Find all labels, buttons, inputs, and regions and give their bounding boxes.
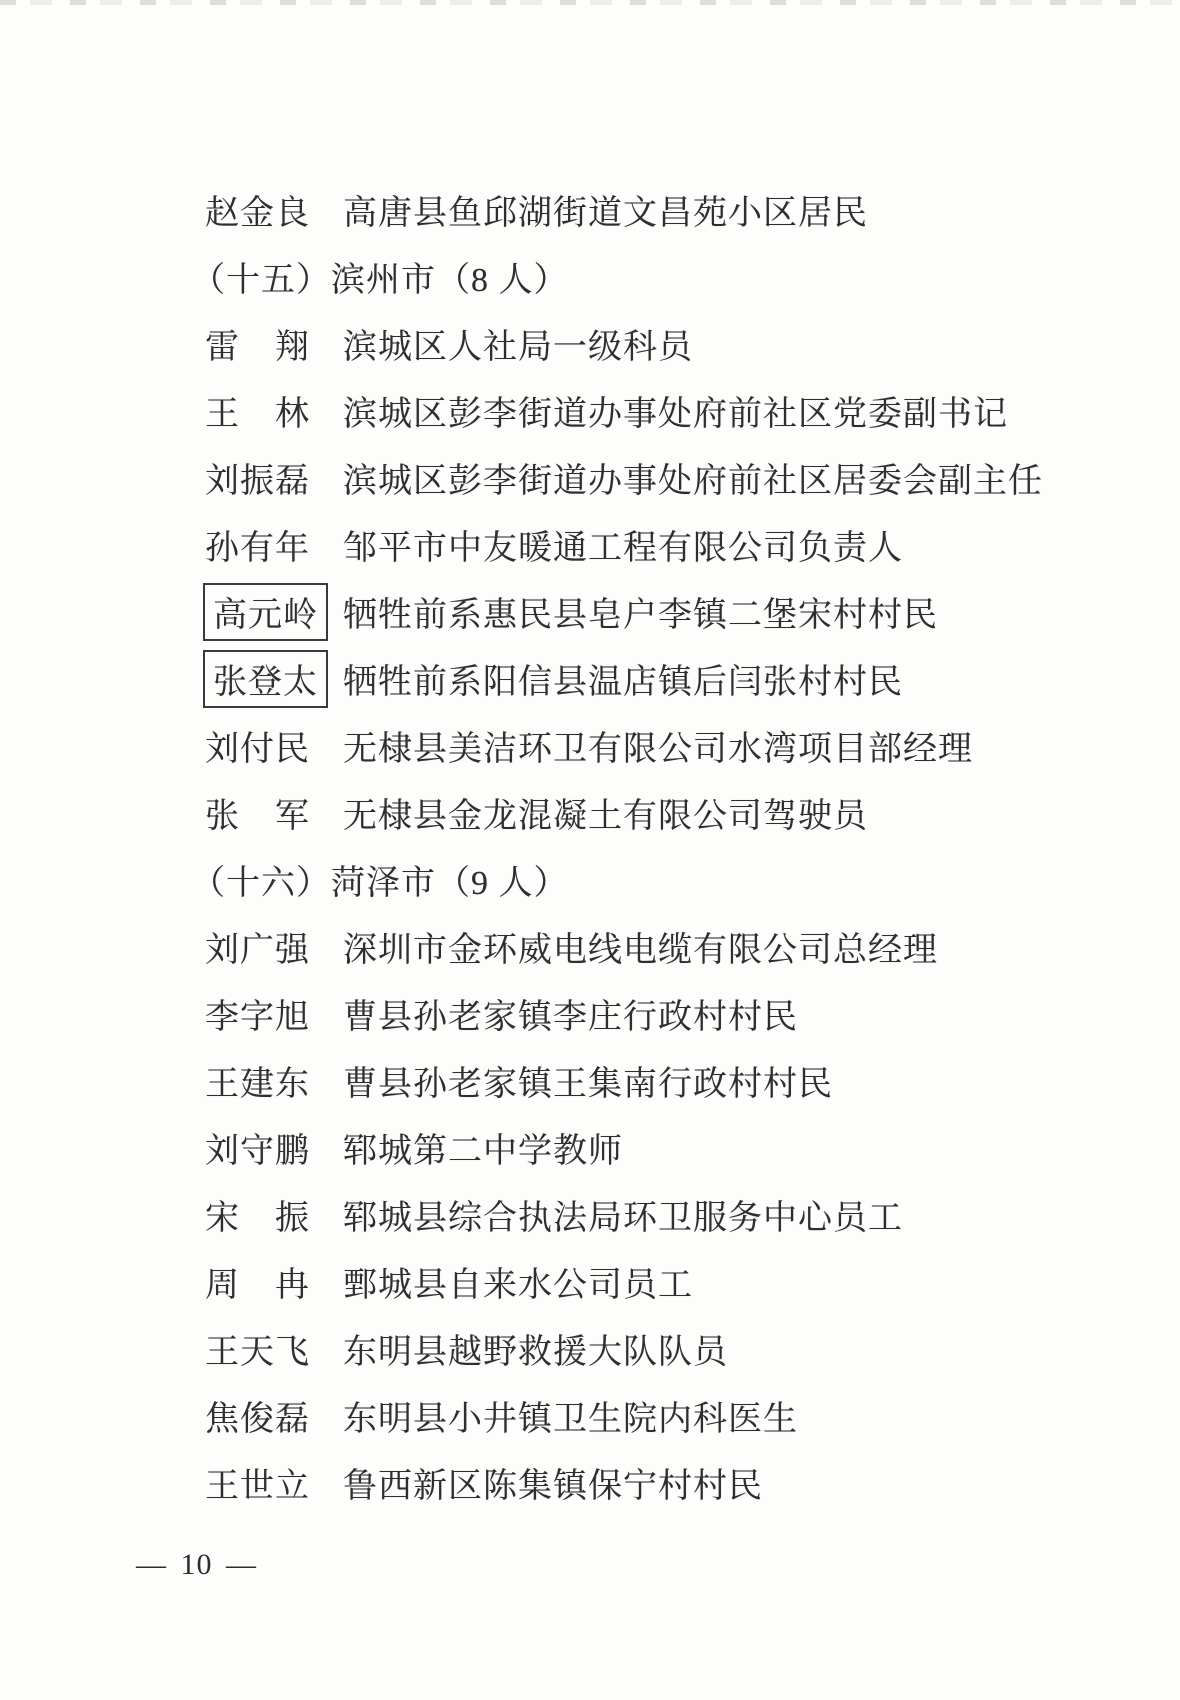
person-desc: 滨城区彭李街道办事处府前社区居委会副主任 — [343, 453, 1043, 502]
person-name-cell: 王建东 — [205, 1056, 343, 1105]
person-name: 赵金良 — [205, 185, 310, 234]
person-name-cell: 高元岭 — [205, 583, 343, 641]
person-name-cell: 刘守鹏 — [205, 1123, 343, 1172]
list-item: 宋 振 郓城县综合执法局环卫服务中心员工 — [205, 1181, 1130, 1248]
person-desc: 曹县孙老家镇王集南行政村村民 — [343, 1056, 833, 1105]
list-item: 张登太 牺牲前系阳信县温店镇后闫张村村民 — [205, 645, 1130, 712]
list-item: 刘守鹏 郓城第二中学教师 — [205, 1114, 1130, 1181]
person-desc: 无棣县美洁环卫有限公司水湾项目部经理 — [343, 721, 973, 770]
person-name: 张 军 — [205, 788, 310, 837]
person-desc: 鄄城县自来水公司员工 — [343, 1257, 693, 1306]
list-item: 周 冉 鄄城县自来水公司员工 — [205, 1248, 1130, 1315]
list-item: 王天飞 东明县越野救援大队队员 — [205, 1315, 1130, 1382]
person-desc: 高唐县鱼邱湖街道文昌苑小区居民 — [343, 185, 868, 234]
person-desc: 滨城区人社局一级科员 — [343, 319, 693, 368]
person-name-cell: 焦俊磊 — [205, 1391, 343, 1440]
person-name-cell: 宋 振 — [205, 1190, 343, 1239]
person-name: 刘付民 — [205, 721, 310, 770]
person-name: 王建东 — [205, 1056, 310, 1105]
person-desc: 牺牲前系阳信县温店镇后闫张村村民 — [343, 654, 903, 703]
person-name: 焦俊磊 — [205, 1391, 310, 1440]
person-name-cell: 刘付民 — [205, 721, 343, 770]
person-name: 高元岭 — [203, 583, 328, 641]
person-name: 刘振磊 — [205, 453, 310, 502]
person-name: 周 冉 — [205, 1257, 310, 1306]
person-name-cell: 王天飞 — [205, 1324, 343, 1373]
list-item: 王 林 滨城区彭李街道办事处府前社区党委副书记 — [205, 377, 1130, 444]
person-desc: 牺牲前系惠民县皂户李镇二堡宋村村民 — [343, 587, 938, 636]
person-name-cell: 张 军 — [205, 788, 343, 837]
list-item: 赵金良 高唐县鱼邱湖街道文昌苑小区居民 — [205, 176, 1130, 243]
person-desc: 郓城第二中学教师 — [343, 1123, 623, 1172]
list-item: 刘广强 深圳市金环威电线电缆有限公司总经理 — [205, 913, 1130, 980]
section-header: （十六）菏泽市（9 人） — [205, 846, 1130, 913]
person-desc: 东明县小井镇卫生院内科医生 — [343, 1391, 798, 1440]
list-item: 焦俊磊 东明县小井镇卫生院内科医生 — [205, 1382, 1130, 1449]
person-name-cell: 刘广强 — [205, 922, 343, 971]
person-name-cell: 赵金良 — [205, 185, 343, 234]
person-name-cell: 王 林 — [205, 386, 343, 435]
person-desc: 郓城县综合执法局环卫服务中心员工 — [343, 1190, 903, 1239]
person-name-cell: 雷 翔 — [205, 319, 343, 368]
section-header: （十五）滨州市（8 人） — [205, 243, 1130, 310]
list-item: 张 军 无棣县金龙混凝土有限公司驾驶员 — [205, 779, 1130, 846]
list-item: 孙有年 邹平市中友暖通工程有限公司负责人 — [205, 511, 1130, 578]
list-item: 王建东 曹县孙老家镇王集南行政村村民 — [205, 1047, 1130, 1114]
person-desc: 东明县越野救援大队队员 — [343, 1324, 728, 1373]
person-name: 王世立 — [205, 1458, 310, 1507]
list-item: 李字旭 曹县孙老家镇李庄行政村村民 — [205, 980, 1130, 1047]
person-desc: 邹平市中友暖通工程有限公司负责人 — [343, 520, 903, 569]
person-name-cell: 王世立 — [205, 1458, 343, 1507]
person-name-cell: 刘振磊 — [205, 453, 343, 502]
person-name: 宋 振 — [205, 1190, 310, 1239]
person-name-cell: 李字旭 — [205, 989, 343, 1038]
person-name: 刘守鹏 — [205, 1123, 310, 1172]
person-name-cell: 张登太 — [205, 650, 343, 708]
person-name: 王天飞 — [205, 1324, 310, 1373]
person-name: 刘广强 — [205, 922, 310, 971]
person-desc: 鲁西新区陈集镇保宁村村民 — [343, 1458, 763, 1507]
list-item: 刘付民 无棣县美洁环卫有限公司水湾项目部经理 — [205, 712, 1130, 779]
person-name: 王 林 — [205, 386, 310, 435]
document-page: 赵金良 高唐县鱼邱湖街道文昌苑小区居民 （十五）滨州市（8 人） 雷 翔 滨城区… — [0, 0, 1180, 1700]
scan-artifact — [0, 0, 1180, 5]
person-name-cell: 周 冉 — [205, 1257, 343, 1306]
person-name-cell: 孙有年 — [205, 520, 343, 569]
list-item: 高元岭 牺牲前系惠民县皂户李镇二堡宋村村民 — [205, 578, 1130, 645]
person-name: 张登太 — [203, 650, 328, 708]
list-item: 刘振磊 滨城区彭李街道办事处府前社区居委会副主任 — [205, 444, 1130, 511]
person-name: 李字旭 — [205, 989, 310, 1038]
honor-roll-list: 赵金良 高唐县鱼邱湖街道文昌苑小区居民 （十五）滨州市（8 人） 雷 翔 滨城区… — [205, 176, 1130, 1516]
person-desc: 无棣县金龙混凝土有限公司驾驶员 — [343, 788, 868, 837]
person-name: 雷 翔 — [205, 319, 310, 368]
section-label: （十六）菏泽市（9 人） — [191, 855, 569, 904]
list-item: 王世立 鲁西新区陈集镇保宁村村民 — [205, 1449, 1130, 1516]
page-number: — 10 — — [136, 1548, 257, 1582]
person-name: 孙有年 — [205, 520, 310, 569]
section-label: （十五）滨州市（8 人） — [191, 252, 569, 301]
person-desc: 滨城区彭李街道办事处府前社区党委副书记 — [343, 386, 1008, 435]
person-desc: 曹县孙老家镇李庄行政村村民 — [343, 989, 798, 1038]
person-desc: 深圳市金环威电线电缆有限公司总经理 — [343, 922, 938, 971]
list-item: 雷 翔 滨城区人社局一级科员 — [205, 310, 1130, 377]
